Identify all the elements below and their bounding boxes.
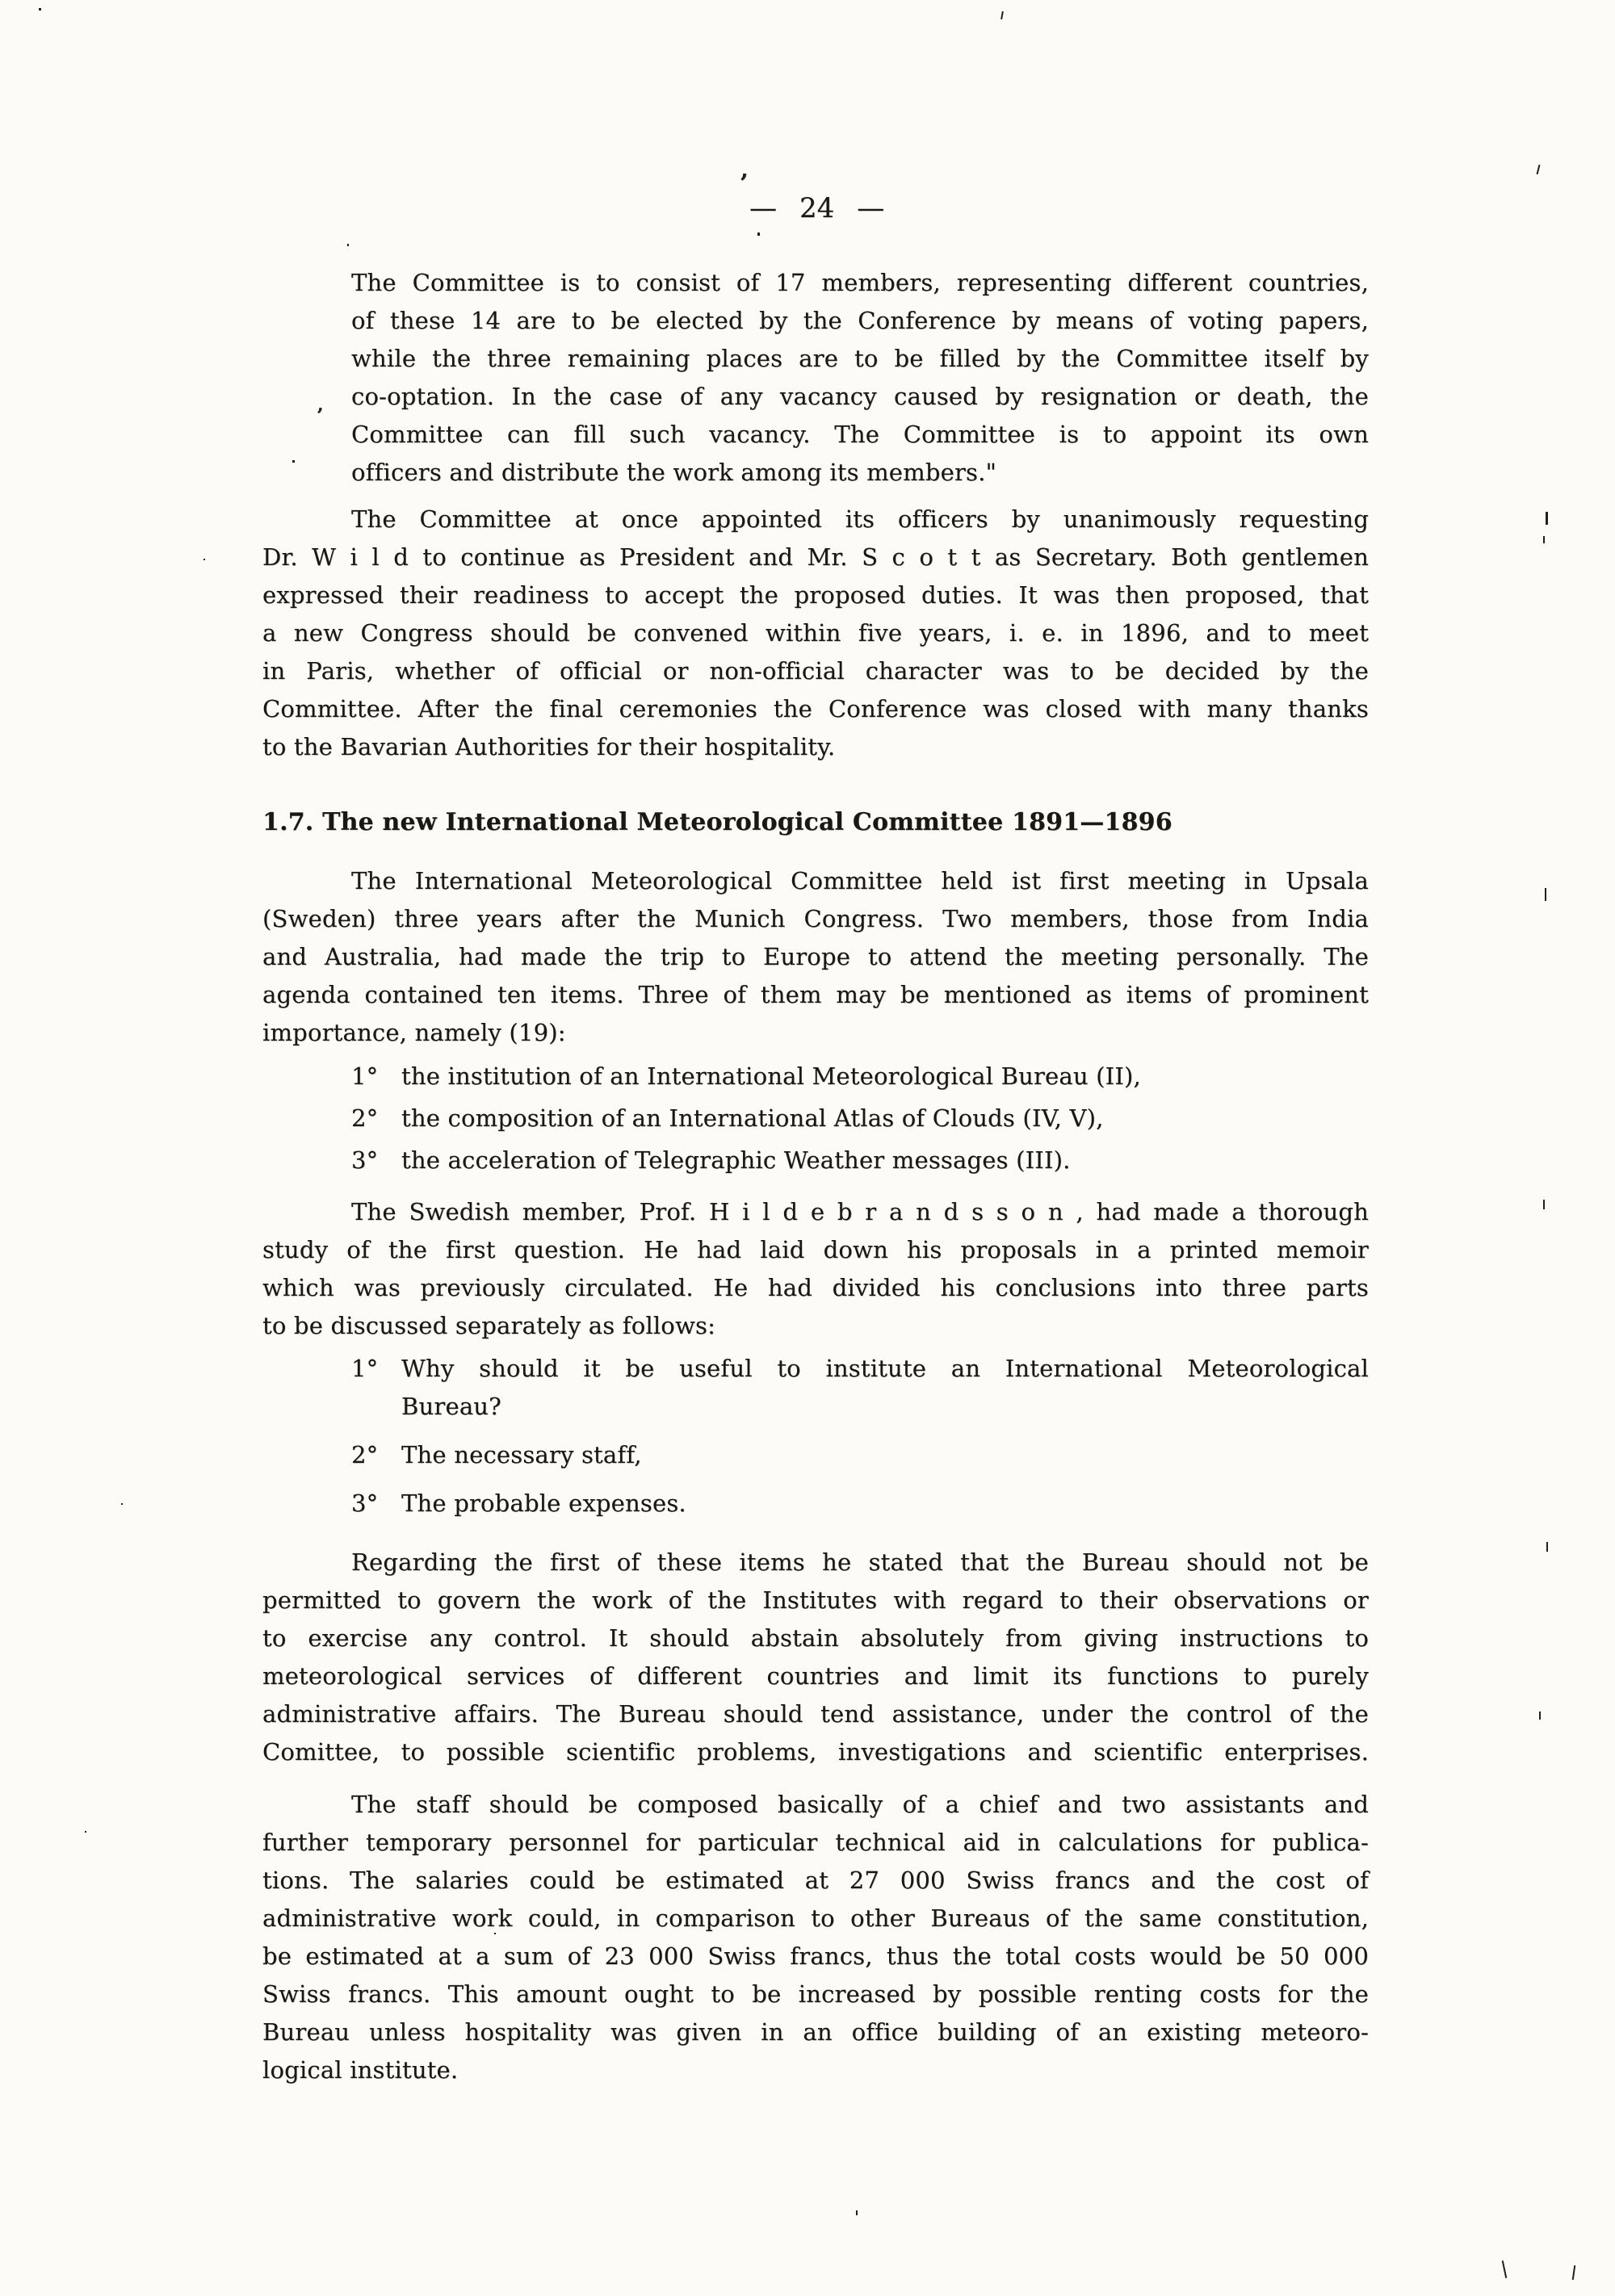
paragraph-officers: The Committee at once appointed its offi…: [262, 501, 1369, 766]
text-line: The International Meteorological Committ…: [262, 862, 1369, 900]
text-line: The staff should be composed basically o…: [262, 1786, 1369, 1824]
text-line: while the three remaining places are to …: [351, 340, 1369, 378]
list-item-text: The probable expenses.: [401, 1485, 1369, 1523]
list-item-text: The necessary staff,: [401, 1436, 1369, 1474]
list-item: 1° Why should it be useful to institute …: [351, 1350, 1369, 1426]
text-line: meteorological services of different cou…: [262, 1657, 1369, 1695]
list-item: 2° The necessary staff,: [351, 1436, 1369, 1474]
text-line: be estimated at a sum of 23 000 Swiss fr…: [262, 1938, 1369, 1975]
scan-speck: [1545, 888, 1546, 901]
text-line: Committee. After the final ceremonies th…: [262, 690, 1369, 728]
scan-speck: [1546, 1542, 1548, 1552]
scan-speck: [494, 1933, 496, 1934]
text-line: The Swedish member, Prof. H i l d e b r …: [262, 1193, 1369, 1231]
scan-speck: [1537, 165, 1541, 174]
page-number-value: 24: [799, 192, 834, 224]
text-line: co-optation. In the case of any vacancy …: [351, 378, 1369, 416]
text-line: expressed their readiness to accept the …: [262, 576, 1369, 614]
scan-speck: ’: [317, 404, 323, 427]
list-item-text: the composition of an International Atla…: [401, 1100, 1369, 1138]
page-number-dash-left: —: [749, 192, 777, 224]
text-line: tions. The salaries could be estimated a…: [262, 1862, 1369, 1900]
section-heading: 1.7. The new International Meteorologica…: [262, 803, 1369, 841]
scan-speck: [1502, 2260, 1508, 2278]
paragraph-bureau-role: Regarding the first of these items he st…: [262, 1544, 1369, 1771]
text-line: The Committee at once appointed its offi…: [262, 501, 1369, 538]
list-item: 3° the acceleration of Telegraphic Weath…: [351, 1142, 1369, 1179]
text-line: to the Bavarian Authorities for their ho…: [262, 728, 1369, 766]
list-item-marker: 3°: [351, 1485, 401, 1523]
paragraph-upsala-meeting: The International Meteorological Committ…: [262, 862, 1369, 1052]
text-line: study of the first question. He had laid…: [262, 1231, 1369, 1269]
scan-speck: [1543, 536, 1545, 543]
scan-speck: [1572, 2265, 1575, 2280]
list-item: 2° the composition of an International A…: [351, 1100, 1369, 1138]
quote-paragraph: The Committee is to consist of 17 member…: [351, 264, 1369, 492]
text-line: to be discussed separately as follows:: [262, 1307, 1369, 1345]
text-line: (Sweden) three years after the Munich Co…: [262, 900, 1369, 938]
list-item-text: the institution of an International Mete…: [401, 1058, 1369, 1096]
list-item-text: Why should it be useful to institute an …: [401, 1350, 1369, 1426]
text-line: Swiss francs. This amount ought to be in…: [262, 1975, 1369, 2013]
text-line: Why should it be useful to institute an …: [401, 1350, 1369, 1388]
page-number: — 24 —: [749, 192, 884, 224]
scan-speck: [1546, 512, 1548, 525]
text-line: a new Congress should be convened within…: [262, 614, 1369, 652]
scan-speck: [856, 2210, 858, 2215]
paragraph-staff-costs: The staff should be composed basically o…: [262, 1786, 1369, 2089]
scan-speck: [347, 244, 349, 246]
text-line: Committee can fill such vacancy. The Com…: [351, 416, 1369, 454]
text-line: Bureau unless hospitality was given in a…: [262, 2013, 1369, 2051]
text-line: officers and distribute the work among i…: [351, 454, 1369, 492]
list-item-marker: 3°: [351, 1142, 401, 1179]
list-item: 1° the institution of an International M…: [351, 1058, 1369, 1096]
scan-speck: [121, 1503, 123, 1505]
list-item-marker: 2°: [351, 1100, 401, 1138]
text-line: agenda contained ten items. Three of the…: [262, 976, 1369, 1014]
scan-speck: [1539, 1712, 1541, 1720]
text-line: Comittee, to possible scientific problem…: [262, 1733, 1369, 1771]
scan-speck: [1543, 1200, 1545, 1209]
document-page: — 24 — The Committee is to consist of 17…: [0, 0, 1615, 2296]
text-line: to exercise any control. It should absta…: [262, 1619, 1369, 1657]
scan-speck: [757, 233, 760, 236]
scan-speck: [203, 559, 205, 560]
list-item: 3° The probable expenses.: [351, 1485, 1369, 1523]
text-line: administrative affairs. The Bureau shoul…: [262, 1695, 1369, 1733]
text-line: Regarding the first of these items he st…: [262, 1544, 1369, 1582]
page-number-dash-right: —: [857, 192, 884, 224]
page-content: The Committee is to consist of 17 member…: [262, 264, 1369, 2089]
text-line: and Australia, had made the trip to Euro…: [262, 938, 1369, 976]
text-line: further temporary personnel for particul…: [262, 1824, 1369, 1862]
scan-speck: ’: [740, 170, 748, 198]
text-line: permitted to govern the work of the Inst…: [262, 1582, 1369, 1619]
list-item-marker: 1°: [351, 1350, 401, 1426]
list-item-text: the acceleration of Telegraphic Weather …: [401, 1142, 1369, 1179]
text-line: which was previously circulated. He had …: [262, 1269, 1369, 1307]
questions-list: 1° Why should it be useful to institute …: [262, 1350, 1369, 1523]
text-line: The Committee is to consist of 17 member…: [351, 264, 1369, 302]
agenda-items-list: 1° the institution of an International M…: [262, 1058, 1369, 1179]
scan-speck: [292, 460, 295, 463]
scan-speck: [1000, 11, 1004, 19]
text-line: importance, namely (19):: [262, 1014, 1369, 1052]
scan-speck: [85, 1831, 86, 1833]
text-line: of these 14 are to be elected by the Con…: [351, 302, 1369, 340]
scan-speck: [39, 8, 41, 10]
text-line: Bureau?: [401, 1388, 1369, 1426]
text-line: administrative work could, in comparison…: [262, 1900, 1369, 1938]
list-item-marker: 2°: [351, 1436, 401, 1474]
text-line: in Paris, whether of official or non-off…: [262, 652, 1369, 690]
list-item-marker: 1°: [351, 1058, 401, 1096]
paragraph-hildebrandsson: The Swedish member, Prof. H i l d e b r …: [262, 1193, 1369, 1345]
text-line: Dr. W i l d to continue as President and…: [262, 538, 1369, 576]
text-line: logical institute.: [262, 2051, 1369, 2089]
